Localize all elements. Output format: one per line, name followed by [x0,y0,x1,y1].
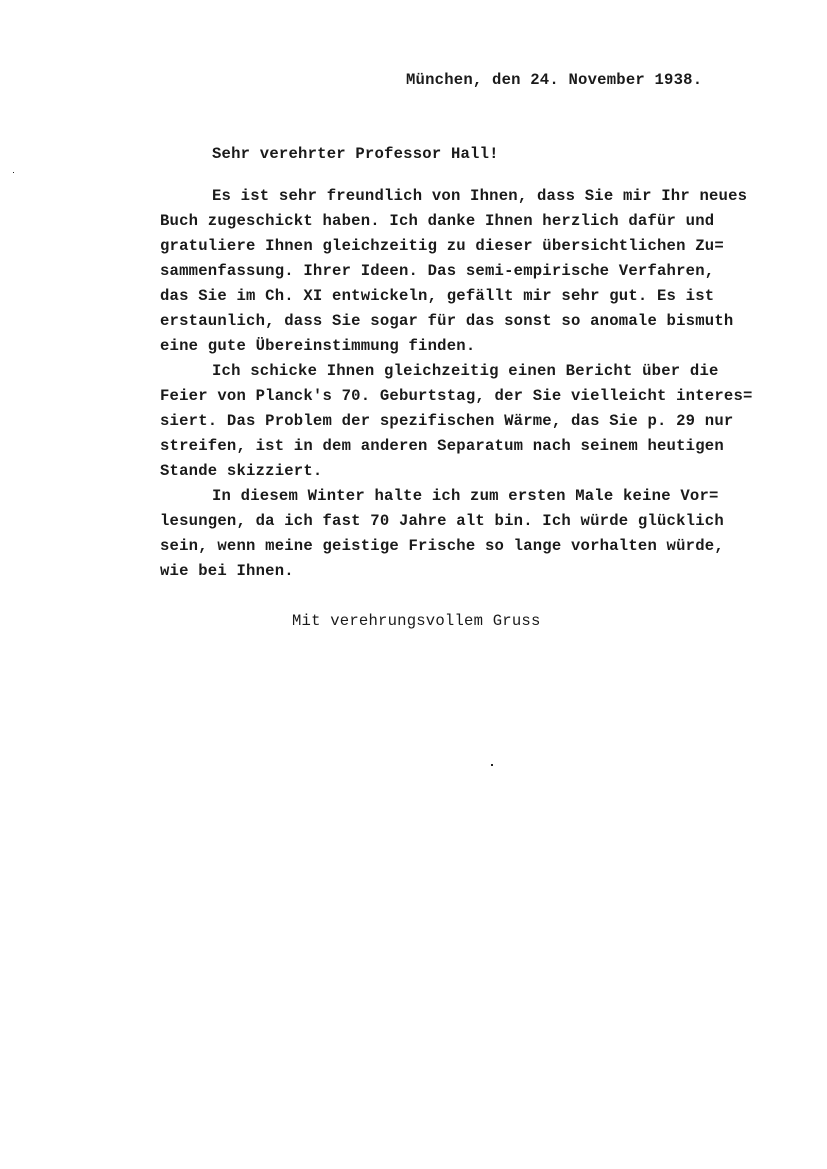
body-line: lesungen, da ich fast 70 Jahre alt bin. … [160,514,724,530]
body-line: In diesem Winter halte ich zum ersten Ma… [212,489,719,505]
body-line: eine gute Übereinstimmung finden. [160,339,475,355]
salutation: Sehr verehrter Professor Hall! [212,147,499,163]
body-line: siert. Das Problem der spezifischen Wärm… [160,414,733,430]
body-line: streifen, ist in dem anderen Separatum n… [160,439,724,455]
body-line: Es ist sehr freundlich von Ihnen, dass S… [212,189,747,205]
body-line: erstaunlich, dass Sie sogar für das sons… [160,314,733,330]
body-line: sein, wenn meine geistige Frische so lan… [160,539,724,555]
speck-mark [13,172,14,173]
body-line: gratuliere Ihnen gleichzeitig zu dieser … [160,239,724,255]
speck-mark [491,764,493,766]
closing: Mit verehrungsvollem Gruss [292,614,541,630]
body-line: Buch zugeschickt haben. Ich danke Ihnen … [160,214,714,230]
body-line: Stande skizziert. [160,464,322,480]
body-line: wie bei Ihnen. [160,564,294,580]
body-line: sammenfassung. Ihrer Ideen. Das semi-emp… [160,264,714,280]
place-date: München, den 24. November 1938. [406,73,702,89]
body-line: Feier von Planck's 70. Geburtstag, der S… [160,389,753,405]
body-line: das Sie im Ch. XI entwickeln, gefällt mi… [160,289,714,305]
body-line: Ich schicke Ihnen gleichzeitig einen Ber… [212,364,719,380]
